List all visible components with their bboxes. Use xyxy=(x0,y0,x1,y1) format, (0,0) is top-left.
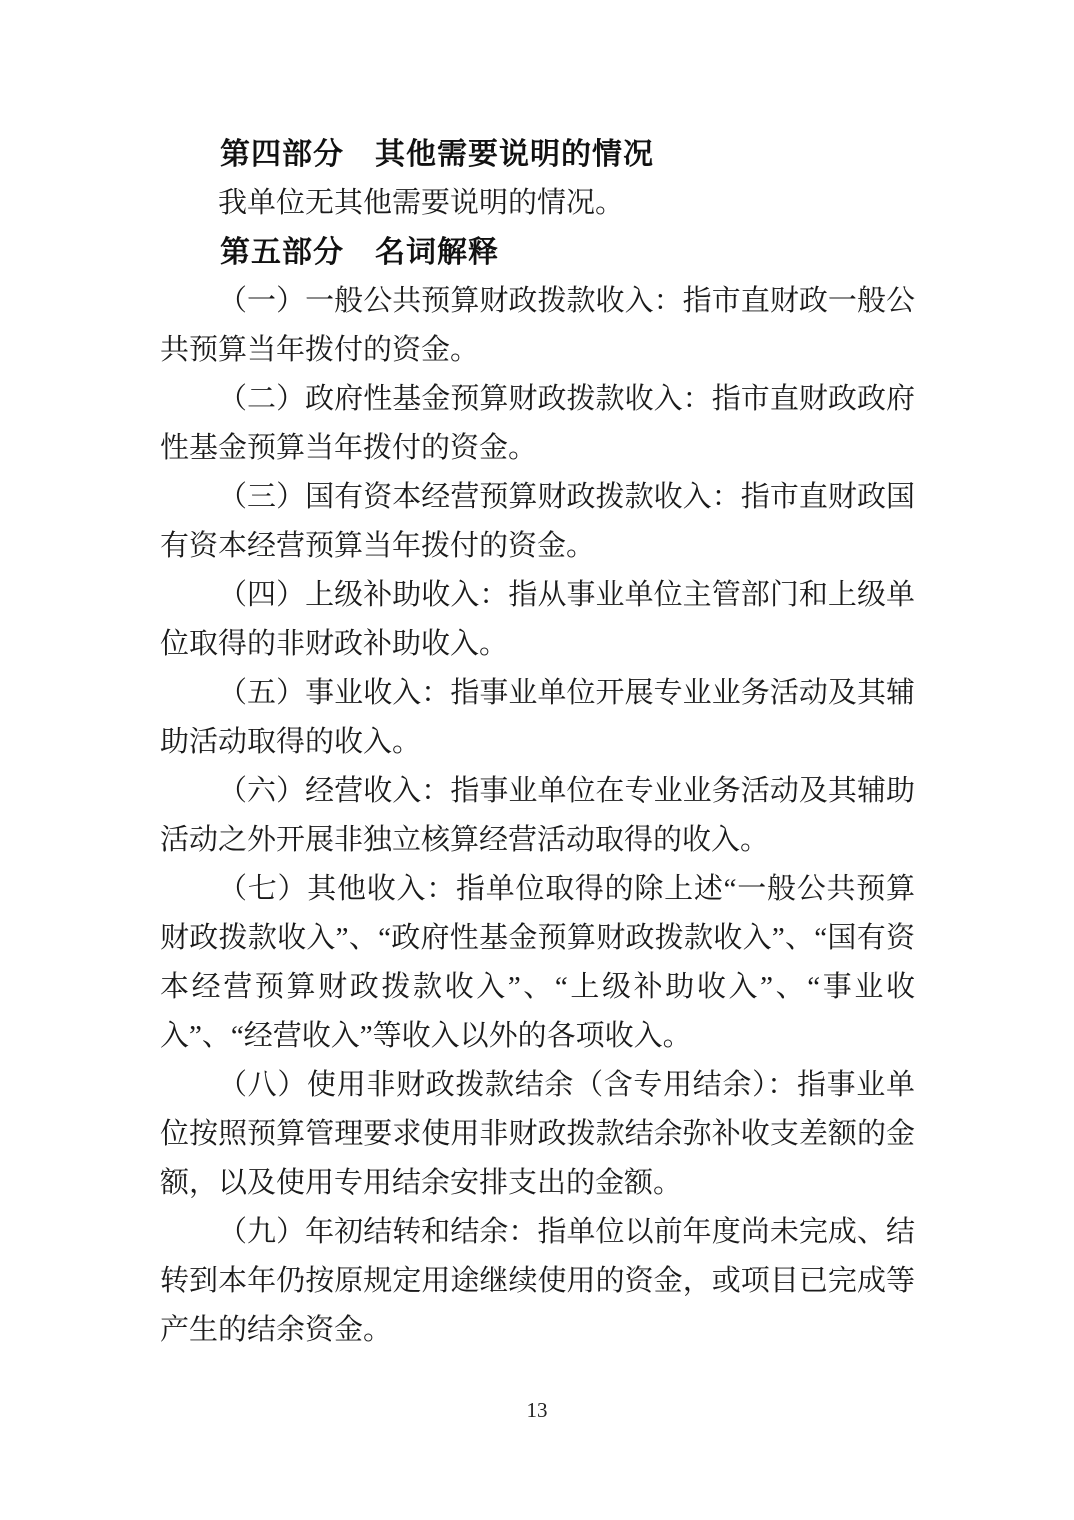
paragraph: （六）经营收入：指事业单位在专业业务活动及其辅助活动之外开展非独立核算经营活动取… xyxy=(160,767,915,865)
paragraph: （一）一般公共预算财政拨款收入：指市直财政一般公共预算当年拨付的资金。 xyxy=(160,277,915,375)
paragraph: （七）其他收入：指单位取得的除上述“一般公共预算财政拨款收入”、“政府性基金预算… xyxy=(160,865,915,1061)
paragraph: 我单位无其他需要说明的情况。 xyxy=(160,179,915,228)
section-heading: 第四部分 其他需要说明的情况 xyxy=(160,130,915,179)
paragraph: （五）事业收入：指事业单位开展专业业务活动及其辅助活动取得的收入。 xyxy=(160,669,915,767)
paragraph: （九）年初结转和结余：指单位以前年度尚未完成、结转到本年仍按原规定用途继续使用的… xyxy=(160,1208,915,1355)
paragraph: （二）政府性基金预算财政拨款收入：指市直财政政府性基金预算当年拨付的资金。 xyxy=(160,375,915,473)
paragraph: （三）国有资本经营预算财政拨款收入：指市直财政国有资本经营预算当年拨付的资金。 xyxy=(160,473,915,571)
paragraph: （八）使用非财政拨款结余（含专用结余）：指事业单位按照预算管理要求使用非财政拨款… xyxy=(160,1061,915,1208)
paragraph: （四）上级补助收入：指从事业单位主管部门和上级单位取得的非财政补助收入。 xyxy=(160,571,915,669)
page-number: 13 xyxy=(527,1398,548,1422)
page-footer: 13 xyxy=(0,1398,1074,1423)
document-page: 第四部分 其他需要说明的情况我单位无其他需要说明的情况。第五部分 名词解释（一）… xyxy=(0,0,1074,1520)
section-heading: 第五部分 名词解释 xyxy=(160,228,915,277)
document-body: 第四部分 其他需要说明的情况我单位无其他需要说明的情况。第五部分 名词解释（一）… xyxy=(160,130,915,1355)
